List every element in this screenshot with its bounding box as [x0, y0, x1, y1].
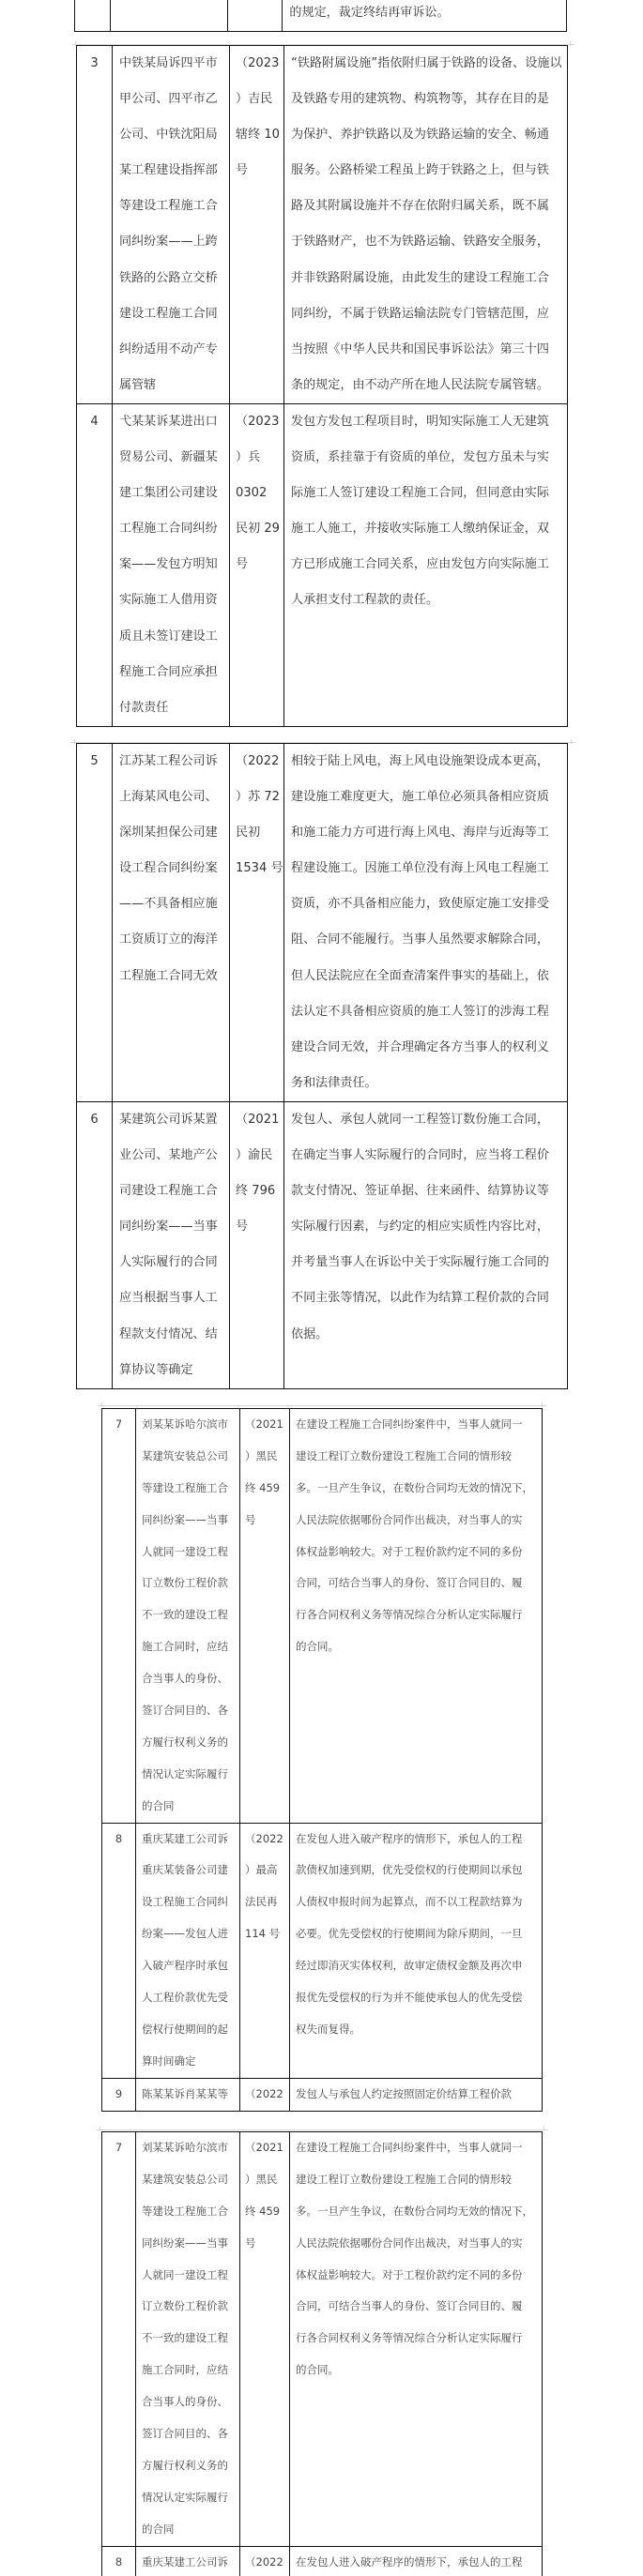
- cell-text-line: 路及其附属设施并不存在依附归属关系，既不属: [291, 189, 567, 224]
- cell-text-line: 刘某某诉哈尔滨市: [142, 2132, 239, 2164]
- cell-text-line: 重庆某装备公司建: [142, 1855, 239, 1887]
- case-number-cell: 3: [77, 46, 113, 404]
- row-index: 8: [102, 1824, 135, 1856]
- table-row: 5江苏某工程公司诉上海某风电公司、深圳某担保公司建设工程合同纠纷案——不具备相应…: [77, 744, 568, 1102]
- case-holding-cell: 相较于陆上风电，海上风电设施架设成本更高，建设施工难度更大，施工单位必须具备相应…: [284, 744, 568, 1102]
- cell-text-line: 辖终 10: [236, 117, 283, 153]
- cell-text-line: 终 459: [245, 2196, 289, 2228]
- cell-text-line: 签订合同目的、各: [142, 2418, 239, 2450]
- cell-text-line: 设工程合同纠纷案: [119, 851, 229, 886]
- cell-text-line: ）吉民: [236, 82, 283, 117]
- cell-text-line: 施工合同时，应结: [142, 2355, 239, 2387]
- cell-text-line: 民初 29: [236, 511, 283, 547]
- case-number-cell: [75, 0, 111, 32]
- cell-text-line: 终 459: [245, 1473, 289, 1505]
- cell-text-line: 人就同一建设工程: [142, 1537, 239, 1568]
- cell-text-line: 人民法院依据哪份合同作出裁决，对当事人的实: [296, 1505, 542, 1537]
- cell-text-line: 深圳某担保公司建: [119, 815, 229, 851]
- case-docket-cell: （2021）渝民终 796号: [230, 1101, 284, 1388]
- case-docket-cell: （2023）兵0302民初 29号: [230, 403, 284, 726]
- row-index: 7: [102, 2132, 135, 2164]
- case-holding-cell: 在建设工程施工合同纠纷案件中，当事人就同一建设工程订立数份建设工程施工合同的情形…: [290, 1409, 543, 1824]
- cell-text-line: 公司、中铁沈阳局: [119, 117, 229, 153]
- cell-text-line: 合当事人的身份、: [142, 1663, 239, 1695]
- cell-text-line: 工资质订立的海洋: [119, 922, 229, 958]
- cell-text-line: 务和法律责任。: [291, 1066, 567, 1101]
- case-title-cell: 重庆某建工公司诉: [136, 2546, 240, 2576]
- cell-text-line: 重庆某建工公司诉: [142, 1824, 239, 1856]
- case-number-cell: 7: [102, 2132, 136, 2547]
- cell-text-line: 报优先受偿权的行为并不能使承包人的优先受偿: [296, 1982, 542, 2014]
- table-row: 3中铁某局诉四平市甲公司、四平市乙公司、中铁沈阳局某工程建设指挥部等建设工程施工…: [77, 46, 568, 404]
- table-row: 的规定，裁定终结再审诉讼。: [75, 0, 567, 32]
- cell-text-line: 人实际履行的合同: [119, 1245, 229, 1280]
- case-docket-cell: （2021）黑民终 459号: [240, 1409, 290, 1824]
- case-holding-cell: 在发包人进入破产程序的情形下，承包人的工程款债权加速到期，优先受偿权的行使期间以…: [290, 1823, 543, 2078]
- cell-text-line: （2022: [245, 2079, 289, 2111]
- case-docket-cell: [228, 0, 283, 32]
- cell-text-line: 建工集团公司建设: [119, 476, 229, 511]
- cell-text-line: 铁路的公路立交桥: [119, 261, 229, 296]
- case-table-body: 3中铁某局诉四平市甲公司、四平市乙公司、中铁沈阳局某工程建设指挥部等建设工程施工…: [77, 46, 568, 727]
- cell-text-line: 当按照《中华人民共和国民事诉讼法》第三十四: [291, 332, 567, 368]
- case-title-cell: 某建筑公司诉某置业公司、某地产公司建设工程施工合同纠纷案——当事人实际履行的合同…: [113, 1101, 230, 1388]
- cell-text-line: 某工程建设指挥部: [119, 153, 229, 189]
- cell-text-line: 合同，可结合当事人的身份、签订合同目的、履: [296, 1568, 542, 1599]
- cell-text-line: （2022: [245, 2547, 289, 2576]
- cell-text-line: 案——发包方明知: [119, 547, 229, 583]
- cell-text-line: 业公司、某地产公: [119, 1138, 229, 1174]
- case-table: 的规定，裁定终结再审诉讼。: [74, 0, 567, 32]
- cell-text-line: 方已形成施工合同关系，应由发包方向实际施工: [291, 547, 567, 583]
- cell-text-line: 建设工程施工合同: [119, 296, 229, 332]
- cell-text-line: ——不具备相应施: [119, 886, 229, 922]
- cell-text-line: 某建筑安装总公司: [142, 1441, 239, 1473]
- cell-text-line: 1534 号: [236, 851, 283, 886]
- cell-text-line: 法民再: [245, 1887, 289, 1918]
- cell-text-line: 多。一旦产生争议，在数份合同均无效的情况下，: [296, 2196, 542, 2228]
- case-table: 3中铁某局诉四平市甲公司、四平市乙公司、中铁沈阳局某工程建设指挥部等建设工程施工…: [76, 45, 568, 727]
- row-index: 9: [102, 2079, 135, 2111]
- case-number-cell: 8: [102, 2546, 136, 2576]
- cell-text-line: 号: [245, 1505, 289, 1537]
- cell-text-line: ）黑民: [245, 1441, 289, 1473]
- page-break-line: [96, 2129, 548, 2130]
- row-index: 7: [102, 1409, 135, 1441]
- row-index: 3: [77, 46, 112, 82]
- case-holding-cell: 在发包人进入破产程序的情形下，承包人的工程: [290, 2546, 543, 2576]
- cell-text-line: 等建设工程施工合: [142, 2196, 239, 2228]
- cell-text-line: 等建设工程施工合: [119, 189, 229, 224]
- cell-text-line: 发包方发包工程项目时，明知实际施工人无建筑: [291, 404, 567, 440]
- cell-text-line: （2021: [245, 1409, 289, 1441]
- case-title-cell: [111, 0, 228, 32]
- cell-text-line: 实际施工人借用资: [119, 583, 229, 618]
- cell-text-line: 上海某风电公司、: [119, 780, 229, 815]
- case-holding-cell: 发包人、承包人就同一工程签订数份施工合同，在确定当事人实际履行的合同时，应当将工…: [284, 1101, 568, 1388]
- cell-text-line: 的合同。: [296, 1631, 542, 1663]
- case-table: 7刘某某诉哈尔滨市某建筑安装总公司等建设工程施工合同纠纷案——当事人就同一建设工…: [101, 1408, 543, 2112]
- cell-text-line: 算协议等确定: [119, 1353, 229, 1388]
- cell-text-line: 在发包人进入破产程序的情形下，承包人的工程: [296, 1824, 542, 1856]
- cell-text-line: 行各合同权利义务等情况综合分析认定实际履行: [296, 2323, 542, 2355]
- cell-text-line: 设工程施工合同纠: [142, 1887, 239, 1918]
- table-row: 7刘某某诉哈尔滨市某建筑安装总公司等建设工程施工合同纠纷案——当事人就同一建设工…: [102, 1409, 543, 1824]
- cell-text-line: 属管辖: [119, 368, 229, 403]
- cell-text-line: 依据。: [291, 1317, 567, 1353]
- cell-text-line: 重庆某建工公司诉: [142, 2547, 239, 2576]
- cell-text-line: 114 号: [245, 1918, 289, 1950]
- cell-text-line: 多。一旦产生争议，在数份合同均无效的情况下，: [296, 1473, 542, 1505]
- cell-text-line: 情况认定实际履行: [142, 2482, 239, 2514]
- cell-text-line: 民初: [236, 815, 283, 851]
- cell-text-line: 及铁路专用的建筑物、构筑物等，其存在目的是: [291, 82, 567, 117]
- case-title-cell: 陈某某诉肖某某等: [136, 2078, 240, 2111]
- case-holding-cell: 的规定，裁定终结再审诉讼。: [283, 0, 567, 32]
- table-row: 9陈某某诉肖某某等（2022发包人与承包人约定按照固定价结算工程价款: [102, 2078, 543, 2111]
- cell-text-line: 人债权申报时间为起算点，而不以工程款结算为: [296, 1887, 542, 1918]
- cell-text-line: （2022: [245, 1824, 289, 1856]
- cell-text-line: 贸易公司、新疆某: [119, 440, 229, 476]
- cell-text-line: 中铁某局诉四平市: [119, 46, 229, 82]
- case-table-body: 5江苏某工程公司诉上海某风电公司、深圳某担保公司建设工程合同纠纷案——不具备相应…: [77, 744, 568, 1389]
- cell-text-line: 算时间确定: [142, 2046, 239, 2078]
- case-table-body: 7刘某某诉哈尔滨市某建筑安装总公司等建设工程施工合同纠纷案——当事人就同一建设工…: [102, 1409, 543, 2112]
- cell-text-line: 程款支付情况、结: [119, 1317, 229, 1353]
- cell-text-line: 同纠纷案——上跨: [119, 224, 229, 260]
- cell-text-line: 法认定不具备相应资质的施工人签订的涉海工程: [291, 994, 567, 1030]
- cell-text-line: ）苏 72: [236, 780, 283, 815]
- cell-text-line: 同纠纷案——当事: [142, 1505, 239, 1537]
- case-holding-cell: 发包方发包工程项目时，明知实际施工人无建筑资质，系挂靠于有资质的单位，发包方虽未…: [284, 403, 568, 726]
- cell-text-line: 权失而复得。: [296, 2014, 542, 2046]
- cell-text-line: 在发包人进入破产程序的情形下，承包人的工程: [296, 2547, 542, 2576]
- cell-text-line: （2022: [236, 744, 283, 780]
- case-title-cell: 重庆某建工公司诉重庆某装备公司建设工程施工合同纠纷案——发包人进入破产程序时承包…: [136, 1823, 240, 2078]
- case-holding-cell: 在建设工程施工合同纠纷案件中，当事人就同一建设工程订立数份建设工程施工合同的情形…: [290, 2132, 543, 2547]
- case-holding-cell: 发包人与承包人约定按照固定价结算工程价款: [290, 2078, 543, 2111]
- cell-text-line: 程施工合同应承担: [119, 655, 229, 690]
- cell-text-line: 为保护、养护铁路以及为铁路运输的安全、畅通: [291, 117, 567, 153]
- row-index: 6: [77, 1102, 112, 1138]
- cell-text-line: 不一致的建设工程: [142, 2323, 239, 2355]
- case-title-cell: 弋某某诉某进出口贸易公司、新疆某建工集团公司建设工程施工合同纠纷案——发包方明知…: [113, 403, 230, 726]
- cell-text-line: 订立数份工程价款: [142, 1568, 239, 1599]
- cell-text-line: 行各合同权利义务等情况综合分析认定实际履行: [296, 1599, 542, 1631]
- cell-text-line: 终 796: [236, 1174, 283, 1209]
- cell-text-line: 经过即消灭实体权利，故审定债权金额及再次申: [296, 1950, 542, 1982]
- case-table-segment: 的规定，裁定终结再审诉讼。: [74, 0, 567, 32]
- case-title-cell: 江苏某工程公司诉上海某风电公司、深圳某担保公司建设工程合同纠纷案——不具备相应施…: [113, 744, 230, 1102]
- cell-text-line: 订立数份工程价款: [142, 2291, 239, 2323]
- cell-text-line: 等建设工程施工合: [142, 1473, 239, 1505]
- cell-text-line: 纷案——发包人进: [142, 1918, 239, 1950]
- cell-text-line: 陈某某诉肖某某等: [142, 2079, 239, 2111]
- table-row: 6某建筑公司诉某置业公司、某地产公司建设工程施工合同纠纷案——当事人实际履行的合…: [77, 1101, 568, 1388]
- cell-text-line: （2023: [236, 46, 283, 82]
- cell-text-line: 并考量当事人在诉讼中关于实际履行施工合同的: [291, 1245, 567, 1280]
- cell-text-line: 某建筑安装总公司: [142, 2164, 239, 2196]
- cell-text-line: （2021: [236, 1102, 283, 1138]
- case-title-cell: 刘某某诉哈尔滨市某建筑安装总公司等建设工程施工合同纠纷案——当事人就同一建设工程…: [136, 2132, 240, 2547]
- cell-text-line: 的合同: [142, 1791, 239, 1823]
- case-table-body: 的规定，裁定终结再审诉讼。: [75, 0, 567, 32]
- cell-text-line: ）最高: [245, 1855, 289, 1887]
- cell-text-line: 体权益影响较大。对于工程价款约定不同的多份: [296, 2260, 542, 2292]
- cell-text-line: （2021: [245, 2132, 289, 2164]
- case-docket-cell: （2021）黑民终 459号: [240, 2132, 290, 2547]
- case-number-cell: 4: [77, 403, 113, 726]
- cell-text-line: 在建设工程施工合同纠纷案件中，当事人就同一: [296, 2132, 542, 2164]
- case-number-cell: 8: [102, 1823, 136, 2078]
- case-docket-cell: （2022: [240, 2546, 290, 2576]
- cell-text-line: 的合同。: [296, 2355, 542, 2387]
- row-index: 8: [102, 2547, 135, 2576]
- case-holding-cell: “铁路附属设施”指依附归属于铁路的设备、设施以及铁路专用的建筑物、构筑物等，其存…: [284, 46, 568, 404]
- case-docket-cell: （2022）最高法民再114 号: [240, 1823, 290, 2078]
- cell-text-line: ）黑民: [245, 2164, 289, 2196]
- case-table: 7刘某某诉哈尔滨市某建筑安装总公司等建设工程施工合同纠纷案——当事人就同一建设工…: [101, 2131, 543, 2576]
- cell-text-line: 弋某某诉某进出口: [119, 404, 229, 440]
- cell-text-line: 合同，可结合当事人的身份、签订合同目的、履: [296, 2291, 542, 2323]
- table-row: 8重庆某建工公司诉（2022在发包人进入破产程序的情形下，承包人的工程: [102, 2546, 543, 2576]
- cell-text-line: 签订合同目的、各: [142, 1695, 239, 1727]
- cell-text-line: 方履行权利义务的: [142, 2450, 239, 2482]
- cell-text-line: 号: [236, 1209, 283, 1245]
- cell-text-line: “铁路附属设施”指依附归属于铁路的设备、设施以: [291, 46, 567, 82]
- row-index: 5: [77, 744, 112, 780]
- cell-text-line: 人工程价款优先受: [142, 1982, 239, 2014]
- case-title-cell: 中铁某局诉四平市甲公司、四平市乙公司、中铁沈阳局某工程建设指挥部等建设工程施工合…: [113, 46, 230, 404]
- cell-text-line: 相较于陆上风电，海上风电设施架设成本更高，: [291, 744, 567, 780]
- case-number-cell: 9: [102, 2078, 136, 2111]
- cell-text-line: 建设工程订立数份建设工程施工合同的情形较: [296, 2164, 542, 2196]
- row-index: [75, 0, 110, 31]
- cell-text-line: 质且未签订建设工: [119, 619, 229, 655]
- cell-text-line: 资质，系挂靠于有资质的单位，发包方虽未与实: [291, 440, 567, 476]
- cell-text-line: ）兵: [236, 440, 283, 476]
- table-row: 4弋某某诉某进出口贸易公司、新疆某建工集团公司建设工程施工合同纠纷案——发包方明…: [77, 403, 568, 726]
- cell-text-line: 阻、合同不能履行。当事人虽然要求解除合同，: [291, 922, 567, 958]
- table-row: 7刘某某诉哈尔滨市某建筑安装总公司等建设工程施工合同纠纷案——当事人就同一建设工…: [102, 2132, 543, 2547]
- cell-text-line: 同纠纷，不属于铁路运输法院专门管辖范围，应: [291, 296, 567, 332]
- cell-text-line: 甲公司、四平市乙: [119, 82, 229, 117]
- cell-text-line: 人就同一建设工程: [142, 2260, 239, 2292]
- cell-text-line: 程建设施工。因施工单位没有海上风电工程施工: [291, 851, 567, 886]
- case-table-segment: 7刘某某诉哈尔滨市某建筑安装总公司等建设工程施工合同纠纷案——当事人就同一建设工…: [101, 1408, 542, 2112]
- cell-text-line: 人民法院依据哪份合同作出裁决，对当事人的实: [296, 2228, 542, 2260]
- cell-text-line: 实际履行因素，与约定的相应实质性内容比对，: [291, 1209, 567, 1245]
- case-table-segment: 7刘某某诉哈尔滨市某建筑安装总公司等建设工程施工合同纠纷案——当事人就同一建设工…: [101, 2131, 542, 2576]
- cell-text-line: 施工人施工，并接收实际施工人缴纳保证金，双: [291, 511, 567, 547]
- cell-text-line: 在建设工程施工合同纠纷案件中，当事人就同一: [296, 1409, 542, 1441]
- cell-text-line: 方履行权利义务的: [142, 1727, 239, 1759]
- cell-text-line: 款债权加速到期，优先受偿权的行使期间以承包: [296, 1855, 542, 1887]
- cell-text-line: 号: [236, 547, 283, 583]
- cell-text-line: 际施工人签订建设工程施工合同，但同意由实际: [291, 476, 567, 511]
- row-index: 4: [77, 404, 112, 440]
- cell-text-line: 必要。优先受偿权的行使期间为除斥期间，一旦: [296, 1918, 542, 1950]
- cell-text-line: 条的规定，由不动产所在地人民法院专属管辖。: [291, 368, 567, 403]
- case-docket-cell: （2022: [240, 2078, 290, 2111]
- case-number-cell: 6: [77, 1101, 113, 1388]
- cell-text-line: 发包人、承包人就同一工程签订数份施工合同，: [291, 1102, 567, 1138]
- cell-text-line: 合当事人的身份、: [142, 2387, 239, 2418]
- cell-text-line: 并非铁路附属设施，由此发生的建设工程施工合: [291, 261, 567, 296]
- case-docket-cell: （2023）吉民辖终 10号: [230, 46, 284, 404]
- cell-text-line: 人承担支付工程款的责任。: [291, 583, 567, 618]
- case-table-segment: 3中铁某局诉四平市甲公司、四平市乙公司、中铁沈阳局某工程建设指挥部等建设工程施工…: [76, 45, 567, 727]
- page-break-line: [98, 1405, 546, 1406]
- cell-text-line: 号: [236, 153, 283, 189]
- case-table-body: 7刘某某诉哈尔滨市某建筑安装总公司等建设工程施工合同纠纷案——当事人就同一建设工…: [102, 2132, 543, 2576]
- cell-text-line: ）渝民: [236, 1138, 283, 1174]
- cell-text-line: 建设工程订立数份建设工程施工合同的情形较: [296, 1441, 542, 1473]
- cell-text-line: 应当根据当事人工: [119, 1280, 229, 1316]
- cell-text-line: 0302: [236, 476, 283, 511]
- cell-text-line: 纠纷适用不动产专: [119, 332, 229, 368]
- case-number-cell: 5: [77, 744, 113, 1102]
- cell-text-line: 工程施工合同无效: [119, 959, 229, 994]
- cell-text-line: 施工合同时，应结: [142, 1631, 239, 1663]
- cell-text-line: 同纠纷案——当事: [142, 2228, 239, 2260]
- cell-text-line: 刘某某诉哈尔滨市: [142, 1409, 239, 1441]
- cell-text-line: 在确定当事人实际履行的合同时，应当将工程价: [291, 1138, 567, 1174]
- cell-text-line: 和施工能力方可进行海上风电、海岸与近海等工: [291, 815, 567, 851]
- case-number-cell: 7: [102, 1409, 136, 1824]
- case-title-cell: 刘某某诉哈尔滨市某建筑安装总公司等建设工程施工合同纠纷案——当事人就同一建设工程…: [136, 1409, 240, 1824]
- cell-text-line: 的规定，裁定终结再审诉讼。: [289, 0, 566, 31]
- table-row: 8重庆某建工公司诉重庆某装备公司建设工程施工合同纠纷案——发包人进入破产程序时承…: [102, 1823, 543, 2078]
- cell-text-line: 发包人与承包人约定按照固定价结算工程价款: [296, 2079, 542, 2111]
- cell-text-line: 某建筑公司诉某置: [119, 1102, 229, 1138]
- case-table: 5江苏某工程公司诉上海某风电公司、深圳某担保公司建设工程合同纠纷案——不具备相应…: [76, 743, 568, 1389]
- cell-text-line: 不一致的建设工程: [142, 1599, 239, 1631]
- cell-text-line: 入破产程序时承包: [142, 1950, 239, 1982]
- cell-text-line: 的合同: [142, 2514, 239, 2546]
- cell-text-line: 江苏某工程公司诉: [119, 744, 229, 780]
- cell-text-line: 偿权行使期间的起: [142, 2014, 239, 2046]
- cell-text-line: 服务。公路桥梁工程虽上跨于铁路之上，但与铁: [291, 153, 567, 189]
- cell-text-line: 同纠纷案——当事: [119, 1209, 229, 1245]
- cell-text-line: 于铁路财产，也不为铁路运输、铁路安全服务，: [291, 224, 567, 260]
- cell-text-line: 情况认定实际履行: [142, 1759, 239, 1791]
- cell-text-line: 号: [245, 2228, 289, 2260]
- cell-text-line: 但人民法院应在全面查清案件事实的基础上，依: [291, 959, 567, 994]
- cell-text-line: （2023: [236, 404, 283, 440]
- case-table-segment: 5江苏某工程公司诉上海某风电公司、深圳某担保公司建设工程合同纠纷案——不具备相应…: [76, 743, 568, 1389]
- cell-text-line: 建设合同无效，并合理确定各方当事人的权利义: [291, 1030, 567, 1066]
- cell-text-line: 资质，亦不具备相应能力，致使原定施工安排受: [291, 886, 567, 922]
- cell-text-line: 建设施工难度更大，施工单位必须具备相应资质: [291, 780, 567, 815]
- cell-text-line: 工程施工合同纠纷: [119, 511, 229, 547]
- cell-text-line: 不同主张等情况，以此作为结算工程价款的合同: [291, 1280, 567, 1316]
- case-docket-cell: （2022）苏 72民初1534 号: [230, 744, 284, 1102]
- cell-text-line: 体权益影响较大。对于工程价款约定不同的多份: [296, 1537, 542, 1568]
- cell-text-line: 司建设工程施工合: [119, 1174, 229, 1209]
- cell-text-line: 款支付情况、签证单据、往来函件、结算协议等: [291, 1174, 567, 1209]
- cell-text-line: 付款责任: [119, 690, 229, 726]
